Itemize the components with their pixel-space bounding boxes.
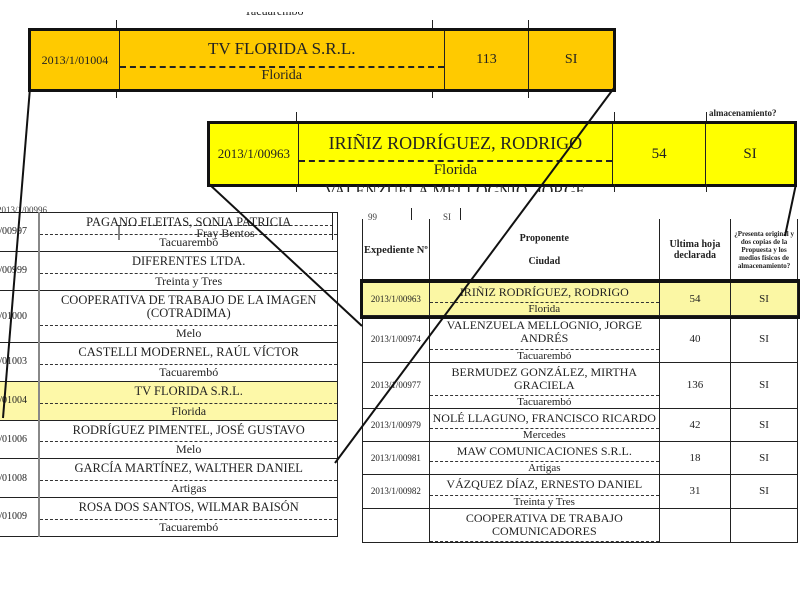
proponente-cell: DIFERENTES LTDA.Treinta y Tres [39,251,337,290]
proponente-city: Tacuarembó [40,234,337,251]
header-proponente: Proponente Ciudad [429,219,659,282]
callout-ciudad: Florida [120,66,444,84]
left-page-table: 2013/1/00997PAGANO FLEITAS, SONIA PATRIC… [0,212,338,537]
callout-below-text: VALENZUELA MELLOGNIO, JORGE [296,184,614,192]
proponente-cell: COOPERATIVA DE TRABAJO DE LA IMAGEN (COT… [39,290,337,343]
table-row: 2013/1/00977BERMUDEZ GONZÁLEZ, MIRTHA GR… [363,362,798,408]
callout-ultima-hoja: 113 [444,30,529,91]
expediente-cell: 2013/1/01003 [0,343,39,382]
presenta-cell: SI [731,362,798,408]
proponente-name: COOPERATIVA DE TRABAJO DE LA IMAGEN (COT… [40,291,337,326]
proponente-name: MAW COMUNICACIONES S.R.L. [430,442,659,461]
ultima-hoja-cell: 42 [659,408,730,441]
proponente-name: IRIÑIZ RODRÍGUEZ, RODRIGO [430,283,659,302]
proponente-city [430,541,659,542]
proponente-city: Tacuarembó [430,349,659,362]
expediente-cell: 2013/1/00997 [0,213,39,252]
proponente-name: RODRÍGUEZ PIMENTEL, JOSÉ GUSTAVO [40,421,337,442]
presenta-cell: SI [731,282,798,316]
proponente-cell: BERMUDEZ GONZÁLEZ, MIRTHA GRACIELATacuar… [429,362,659,408]
callout-expediente: 2013/1/00963 [209,123,299,186]
expediente-cell: 2013/1/01004 [0,381,39,420]
zoom-callout-tv-florida: 2013/1/01004 TV FLORIDA S.R.L. Florida 1… [28,28,616,92]
table-row: 2013/1/00981MAW COMUNICACIONES S.R.L.Art… [363,442,798,475]
proponente-cell: VALENZUELA MELLOGNIO, JORGE ANDRÉSTacuar… [429,316,659,362]
table-row: 2013/1/01003CASTELLI MODERNEL, RAÚL VÍCT… [0,343,338,382]
presenta-cell [731,508,798,542]
ultima-hoja-cell: 18 [659,442,730,475]
expediente-cell: 2013/1/00979 [363,408,430,441]
proponente-city: Treinta y Tres [40,273,337,290]
proponente-city: Mercedes [430,428,659,441]
right-page-table: Expediente Nº Proponente Ciudad Ultima h… [362,219,798,543]
proponente-city: Artigas [430,461,659,474]
ultima-hoja-cell: 54 [659,282,730,316]
table-row: 2013/1/01008GARCÍA MARTÍNEZ, WALTHER DAN… [0,459,338,498]
table-row: 2013/1/01009ROSA DOS SANTOS, WILMAR BAIS… [0,498,338,537]
expediente-cell [363,508,430,542]
proponente-name: TV FLORIDA S.R.L. [40,382,337,403]
presenta-cell: SI [731,442,798,475]
expediente-cell: 2013/1/00963 [363,282,430,316]
header-expediente: Expediente Nº [363,219,430,282]
proponente-name: BERMUDEZ GONZÁLEZ, MIRTHA GRACIELA [430,363,659,395]
ultima-hoja-cell: 136 [659,362,730,408]
header-ultima-hoja: Ultima hoja declarada [659,219,730,282]
proponente-cell: RODRÍGUEZ PIMENTEL, JOSÉ GUSTAVOMelo [39,420,337,459]
table-row: 2013/1/00974VALENZUELA MELLOGNIO, JORGE … [363,316,798,362]
expediente-cell: 2013/1/00981 [363,442,430,475]
table-row: 2013/1/00979NOLÉ LLAGUNO, FRANCISCO RICA… [363,408,798,441]
callout-presenta: SI [529,30,615,91]
proponente-name: PAGANO FLEITAS, SONIA PATRICIA [40,213,337,234]
proponente-name: COOPERATIVA DE TRABAJO COMUNICADORES [430,509,659,541]
proponente-cell: VÁZQUEZ DÍAZ, ERNESTO DANIELTreinta y Tr… [429,475,659,508]
proponente-city: Tacuarembó [430,395,659,408]
proponente-city: Artigas [40,480,337,497]
callout-row: 2013/1/01004 TV FLORIDA S.R.L. Florida 1… [30,30,615,91]
callout-proponente-cell: IRIÑIZ RODRÍGUEZ, RODRIGO Florida [298,123,612,186]
presenta-cell: SI [731,475,798,508]
callout-above-text: almacenamiento? [709,108,777,118]
proponente-city: Tacuarembó [40,519,337,536]
expediente-cell: 2013/1/01006 [0,420,39,459]
proponente-name: VÁZQUEZ DÍAZ, ERNESTO DANIEL [430,475,659,494]
table-row: 2013/1/00982VÁZQUEZ DÍAZ, ERNESTO DANIEL… [363,475,798,508]
proponente-cell: TV FLORIDA S.R.L.Florida [39,381,337,420]
proponente-cell: NOLÉ LLAGUNO, FRANCISCO RICARDOMercedes [429,408,659,441]
expediente-cell: 2013/1/01000 [0,290,39,343]
ultima-hoja-cell: 31 [659,475,730,508]
column-divider [614,184,615,192]
table-row: 2013/1/01004TV FLORIDA S.R.L.Florida [0,381,338,420]
table-row: 2013/1/00963IRIÑIZ RODRÍGUEZ, RODRIGOFlo… [363,282,798,316]
proponente-cell: PAGANO FLEITAS, SONIA PATRICIATacuarembó [39,213,337,252]
proponente-name: VALENZUELA MELLOGNIO, JORGE ANDRÉS [430,316,659,348]
proponente-cell: COOPERATIVA DE TRABAJO COMUNICADORES [429,508,659,542]
presenta-cell: SI [731,316,798,362]
proponente-name: ROSA DOS SANTOS, WILMAR BAISÓN [40,498,337,519]
callout-proponente-cell: TV FLORIDA S.R.L. Florida [119,30,444,91]
zoom-callout-iriniz: 2013/1/00963 IRIÑIZ RODRÍGUEZ, RODRIGO F… [207,121,797,187]
expediente-cell: 2013/1/00977 [363,362,430,408]
proponente-city: Tacuarembó [40,364,337,381]
ultima-hoja-cell: 40 [659,316,730,362]
table-header-row: Expediente Nº Proponente Ciudad Ultima h… [363,219,798,282]
proponente-city: Treinta y Tres [430,495,659,508]
proponente-name: NOLÉ LLAGUNO, FRANCISCO RICARDO [430,409,659,428]
callout-presenta: SI [706,123,796,186]
proponente-cell: IRIÑIZ RODRÍGUEZ, RODRIGOFlorida [429,282,659,316]
column-divider [706,184,707,192]
callout-above-text: Tacuarembó [116,12,432,27]
table-row: 2013/1/01000COOPERATIVA DE TRABAJO DE LA… [0,290,338,343]
proponente-cell: CASTELLI MODERNEL, RAÚL VÍCTORTacuarembó [39,343,337,382]
proponente-cell: MAW COMUNICACIONES S.R.L.Artigas [429,442,659,475]
callout-ciudad: Florida [299,160,612,179]
expediente-cell: 2013/1/00974 [363,316,430,362]
proponente-name: DIFERENTES LTDA. [40,252,337,273]
header-proponente-label: Proponente [430,233,659,256]
expediente-cell: 2013/1/01009 [0,498,39,537]
expediente-cell: 2013/1/01008 [0,459,39,498]
table-row: 2013/1/00999DIFERENTES LTDA.Treinta y Tr… [0,251,338,290]
proponente-city: Melo [40,325,337,342]
column-divider [296,184,297,192]
table-row: COOPERATIVA DE TRABAJO COMUNICADORES [363,508,798,542]
callout-expediente: 2013/1/01004 [30,30,120,91]
table-row: 2013/1/00997PAGANO FLEITAS, SONIA PATRIC… [0,213,338,252]
proponente-name: CASTELLI MODERNEL, RAÚL VÍCTOR [40,343,337,364]
proponente-city: Florida [430,302,659,315]
ultima-hoja-cell [659,508,730,542]
callout-proponente: IRIÑIZ RODRÍGUEZ, RODRIGO [299,129,612,161]
proponente-name: GARCÍA MARTÍNEZ, WALTHER DANIEL [40,459,337,480]
header-ciudad-label: Ciudad [528,256,560,267]
callout-proponente: TV FLORIDA S.R.L. [120,36,444,66]
expediente-cell: 2013/1/00999 [0,251,39,290]
proponente-cell: GARCÍA MARTÍNEZ, WALTHER DANIELArtigas [39,459,337,498]
table-row: 2013/1/01006RODRÍGUEZ PIMENTEL, JOSÉ GUS… [0,420,338,459]
proponente-cell: ROSA DOS SANTOS, WILMAR BAISÓNTacuarembó [39,498,337,537]
proponente-city: Melo [40,441,337,458]
expediente-cell: 2013/1/00982 [363,475,430,508]
proponente-city: Florida [40,403,337,420]
callout-ultima-hoja: 54 [612,123,705,186]
presenta-cell: SI [731,408,798,441]
callout-row: 2013/1/00963 IRIÑIZ RODRÍGUEZ, RODRIGO F… [209,123,796,186]
header-presenta: ¿Presenta original y dos copias de la Pr… [731,219,798,282]
